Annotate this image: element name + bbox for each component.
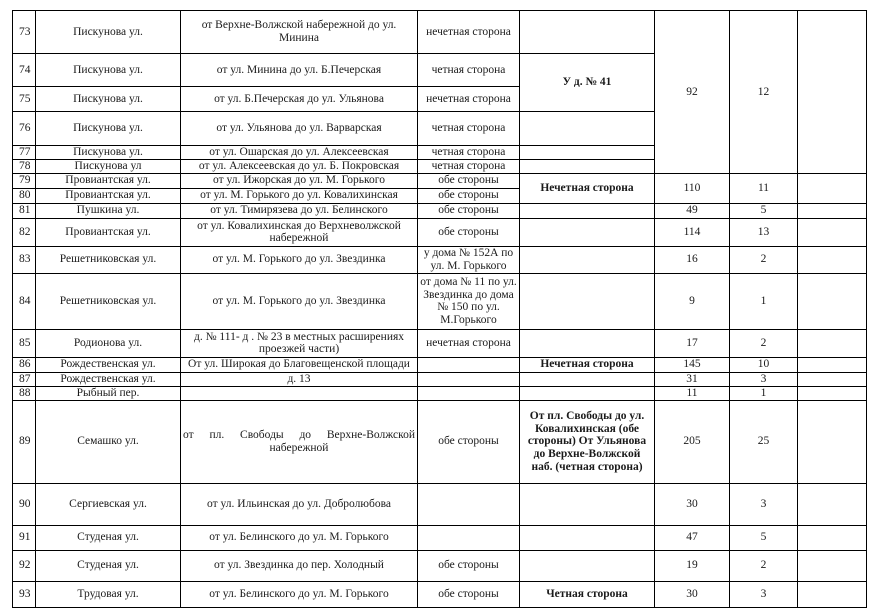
section-cell: д. 13	[181, 372, 418, 386]
section-cell: от ул. Алексеевская до ул. Б. Покровская	[181, 160, 418, 174]
section-cell: от ул. Белинского до ул. М. Горького	[181, 525, 418, 550]
count-b-cell: 3	[730, 372, 798, 386]
table-row: 89Семашко ул.от пл. Свободы до Верхне-Во…	[13, 400, 867, 483]
extra-cell	[798, 273, 867, 329]
table-row: 83Решетниковская ул.от ул. М. Горького д…	[13, 246, 867, 273]
note-cell	[520, 386, 655, 400]
row-number-cell: 91	[13, 525, 36, 550]
side-cell: от дома № 11 по ул. Звездинка до дома № …	[418, 273, 520, 329]
row-number-cell: 90	[13, 483, 36, 525]
row-number-cell: 86	[13, 357, 36, 372]
side-cell	[418, 372, 520, 386]
count-b-cell: 1	[730, 386, 798, 400]
table-row: 81Пушкина ул.от ул. Тимирязева до ул. Бе…	[13, 203, 867, 218]
side-cell: обе стороны	[418, 173, 520, 188]
street-cell: Решетниковская ул.	[36, 246, 181, 273]
note-cell	[520, 146, 655, 160]
section-cell: от ул. Ижорская до ул. М. Горького	[181, 173, 418, 188]
extra-cell	[798, 386, 867, 400]
side-cell: обе стороны	[418, 203, 520, 218]
street-cell: Рыбный пер.	[36, 386, 181, 400]
section-cell: от ул. Минина до ул. Б.Печерская	[181, 54, 418, 87]
side-cell: обе стороны	[418, 188, 520, 203]
count-b-cell: 13	[730, 218, 798, 246]
extra-cell	[798, 525, 867, 550]
count-b-cell: 2	[730, 329, 798, 357]
section-cell: от ул. Ульянова до ул. Варварская	[181, 112, 418, 146]
street-cell: Решетниковская ул.	[36, 273, 181, 329]
extra-cell	[798, 581, 867, 607]
side-cell: нечетная сторона	[418, 87, 520, 112]
table-row: 82Провиантская ул.от ул. Ковалихинская д…	[13, 218, 867, 246]
extra-cell	[798, 400, 867, 483]
table-row: 86Рождественская ул.От ул. Широкая до Бл…	[13, 357, 867, 372]
side-cell: у дома № 152А по ул. М. Горького	[418, 246, 520, 273]
side-cell: четная сторона	[418, 112, 520, 146]
count-a-cell: 19	[655, 550, 730, 581]
extra-cell	[798, 357, 867, 372]
count-a-cell: 30	[655, 483, 730, 525]
table-row: 87Рождественская ул.д. 13313	[13, 372, 867, 386]
side-cell	[418, 386, 520, 400]
street-cell: Сергиевская ул.	[36, 483, 181, 525]
section-cell: от ул. Тимирязева до ул. Белинского	[181, 203, 418, 218]
note-cell: Нечетная сторона	[520, 173, 655, 203]
note-cell	[520, 112, 655, 146]
street-cell: Провиантская ул.	[36, 188, 181, 203]
note-cell: У д. № 41	[520, 54, 655, 112]
street-cell: Пискунова ул.	[36, 87, 181, 112]
street-cell: Пушкина ул.	[36, 203, 181, 218]
side-cell: четная сторона	[418, 54, 520, 87]
note-cell	[520, 525, 655, 550]
side-cell	[418, 525, 520, 550]
side-cell: обе стороны	[418, 218, 520, 246]
note-cell	[520, 483, 655, 525]
row-number-cell: 74	[13, 54, 36, 87]
table-row: 84Решетниковская ул.от ул. М. Горького д…	[13, 273, 867, 329]
row-number-cell: 89	[13, 400, 36, 483]
section-cell: от Верхне-Волжской набережной до ул. Мин…	[181, 11, 418, 54]
count-b-cell: 2	[730, 550, 798, 581]
count-b-cell: 5	[730, 525, 798, 550]
side-cell: обе стороны	[418, 400, 520, 483]
note-cell	[520, 11, 655, 54]
table-row: 91Студеная ул.от ул. Белинского до ул. М…	[13, 525, 867, 550]
street-cell: Студеная ул.	[36, 550, 181, 581]
section-cell: д. № 111- д . № 23 в местных расширениях…	[181, 329, 418, 357]
street-cell: Пискунова ул.	[36, 11, 181, 54]
count-b-cell: 10	[730, 357, 798, 372]
side-cell: обе стороны	[418, 581, 520, 607]
note-cell	[520, 246, 655, 273]
extra-cell	[798, 372, 867, 386]
count-b-cell: 3	[730, 483, 798, 525]
street-cell: Студеная ул.	[36, 525, 181, 550]
note-cell: От пл. Свободы до ул. Ковалихинская (обе…	[520, 400, 655, 483]
row-number-cell: 84	[13, 273, 36, 329]
count-a-cell: 9	[655, 273, 730, 329]
note-cell	[520, 218, 655, 246]
table-row: 92Студеная ул.от ул. Звездинка до пер. Х…	[13, 550, 867, 581]
count-a-cell: 110	[655, 173, 730, 203]
note-cell: Четная сторона	[520, 581, 655, 607]
count-b-cell: 11	[730, 173, 798, 203]
row-number-cell: 85	[13, 329, 36, 357]
row-number-cell: 83	[13, 246, 36, 273]
section-cell: от ул. Ошарская до ул. Алексеевская	[181, 146, 418, 160]
row-number-cell: 88	[13, 386, 36, 400]
parking-table: 73Пискунова ул.от Верхне-Волжской набере…	[12, 10, 867, 608]
count-b-cell: 3	[730, 581, 798, 607]
side-cell: нечетная сторона	[418, 329, 520, 357]
street-cell: Родионова ул.	[36, 329, 181, 357]
section-cell: от ул. Ильинская до ул. Добролюбова	[181, 483, 418, 525]
row-number-cell: 92	[13, 550, 36, 581]
extra-cell	[798, 329, 867, 357]
side-cell	[418, 483, 520, 525]
side-cell: четная сторона	[418, 160, 520, 174]
section-cell: от ул. Звездинка до пер. Холодный	[181, 550, 418, 581]
street-cell: Пискунова ул.	[36, 146, 181, 160]
row-number-cell: 87	[13, 372, 36, 386]
street-cell: Провиантская ул.	[36, 218, 181, 246]
count-b-cell: 25	[730, 400, 798, 483]
section-cell: от пл. Свободы до Верхне-Волжской набере…	[181, 400, 418, 483]
note-cell	[520, 160, 655, 174]
table-row: 93Трудовая ул.от ул. Белинского до ул. М…	[13, 581, 867, 607]
table-row: 73Пискунова ул.от Верхне-Волжской набере…	[13, 11, 867, 54]
extra-cell	[798, 550, 867, 581]
row-number-cell: 79	[13, 173, 36, 188]
table-row: 85Родионова ул.д. № 111- д . № 23 в мест…	[13, 329, 867, 357]
count-a-cell: 114	[655, 218, 730, 246]
row-number-cell: 82	[13, 218, 36, 246]
section-cell	[181, 386, 418, 400]
count-b-cell: 5	[730, 203, 798, 218]
count-a-cell: 11	[655, 386, 730, 400]
section-cell: от ул. Б.Печерская до ул. Ульянова	[181, 87, 418, 112]
street-cell: Пискунова ул.	[36, 112, 181, 146]
count-a-cell: 92	[655, 11, 730, 174]
note-cell	[520, 203, 655, 218]
row-number-cell: 93	[13, 581, 36, 607]
street-cell: Пискунова ул.	[36, 54, 181, 87]
row-number-cell: 76	[13, 112, 36, 146]
count-a-cell: 16	[655, 246, 730, 273]
count-b-cell: 12	[730, 11, 798, 174]
street-cell: Рождественская ул.	[36, 357, 181, 372]
table-row: 90Сергиевская ул.от ул. Ильинская до ул.…	[13, 483, 867, 525]
section-cell: от ул. М. Горького до ул. Звездинка	[181, 273, 418, 329]
side-cell	[418, 357, 520, 372]
count-a-cell: 49	[655, 203, 730, 218]
count-b-cell: 2	[730, 246, 798, 273]
side-cell: нечетная сторона	[418, 11, 520, 54]
count-a-cell: 31	[655, 372, 730, 386]
extra-cell	[798, 483, 867, 525]
table-body: 73Пискунова ул.от Верхне-Волжской набере…	[13, 11, 867, 608]
street-cell: Семашко ул.	[36, 400, 181, 483]
count-a-cell: 47	[655, 525, 730, 550]
table-row: 79Провиантская ул.от ул. Ижорская до ул.…	[13, 173, 867, 188]
count-a-cell: 30	[655, 581, 730, 607]
extra-cell	[798, 246, 867, 273]
row-number-cell: 77	[13, 146, 36, 160]
section-cell: от ул. Белинского до ул. М. Горького	[181, 581, 418, 607]
section-cell: от ул. М. Горького до ул. Ковалихинская	[181, 188, 418, 203]
extra-cell	[798, 218, 867, 246]
side-cell: четная сторона	[418, 146, 520, 160]
note-cell	[520, 273, 655, 329]
row-number-cell: 81	[13, 203, 36, 218]
extra-cell	[798, 173, 867, 203]
section-cell: от ул. М. Горького до ул. Звездинка	[181, 246, 418, 273]
note-cell	[520, 329, 655, 357]
row-number-cell: 80	[13, 188, 36, 203]
side-cell: обе стороны	[418, 550, 520, 581]
count-b-cell: 1	[730, 273, 798, 329]
note-cell	[520, 550, 655, 581]
count-a-cell: 205	[655, 400, 730, 483]
count-a-cell: 17	[655, 329, 730, 357]
street-cell: Пискунова ул	[36, 160, 181, 174]
section-cell: от ул. Ковалихинская до Верхневолжской н…	[181, 218, 418, 246]
note-cell: Нечетная сторона	[520, 357, 655, 372]
row-number-cell: 75	[13, 87, 36, 112]
row-number-cell: 73	[13, 11, 36, 54]
street-cell: Рождественская ул.	[36, 372, 181, 386]
section-cell: От ул. Широкая до Благовещенской площади	[181, 357, 418, 372]
extra-cell	[798, 11, 867, 174]
note-cell	[520, 372, 655, 386]
row-number-cell: 78	[13, 160, 36, 174]
table-row: 88Рыбный пер.111	[13, 386, 867, 400]
street-cell: Трудовая ул.	[36, 581, 181, 607]
extra-cell	[798, 203, 867, 218]
count-a-cell: 145	[655, 357, 730, 372]
street-cell: Провиантская ул.	[36, 173, 181, 188]
